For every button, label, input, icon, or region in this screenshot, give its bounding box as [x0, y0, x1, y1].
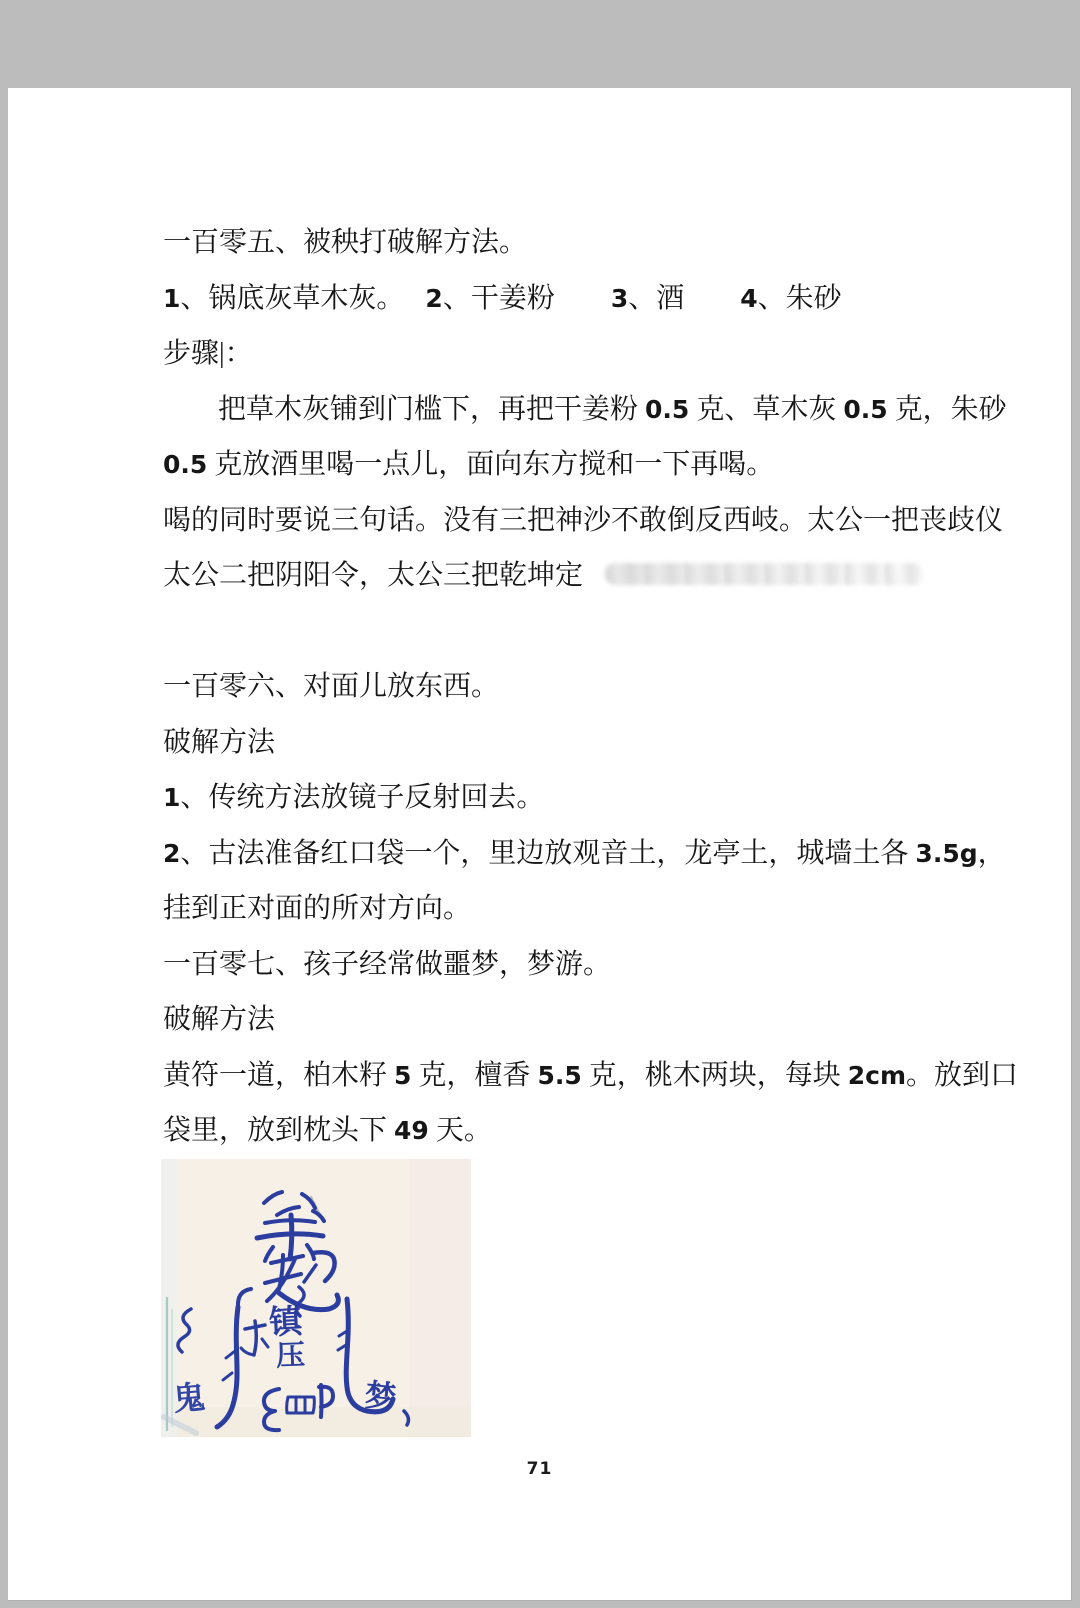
method-106-item1-text: 、传统方法放镜子反射回去。	[180, 782, 544, 813]
method-106-item2-line1-text: 2	[163, 839, 180, 868]
method-106-item2-line2: 挂到正对面的所对方向。	[163, 881, 1071, 937]
talisman-char-zhen: 镇	[268, 1301, 305, 1342]
erased-text-smudge	[605, 563, 923, 585]
page-number: 71	[8, 1459, 1071, 1479]
method-107-line2-text: 天。	[429, 1115, 492, 1146]
method-107-line2-text: 49	[394, 1116, 429, 1145]
steps-label: 步骤|：	[163, 326, 1071, 382]
method-106-item1: 1、传统方法放镜子反射回去。	[163, 770, 1071, 826]
method-106-item2-line1: 2、古法准备红口袋一个，里边放观音土，龙亭土，城墙土各 3.5g，	[163, 826, 1071, 882]
method-107-line1-text: 克，檀香	[411, 1060, 537, 1091]
materials-list-105-text: 1	[163, 284, 180, 313]
steps-para-line1-text: 克、草木灰	[689, 394, 843, 425]
heading-item-107: 一百零七、孩子经常做噩梦，梦游。	[163, 937, 1071, 993]
section-gap	[163, 604, 1071, 660]
steps-para-line1-text: 0.5	[645, 395, 689, 424]
talisman-char-ya: 压	[275, 1337, 305, 1372]
method-107-line2: 袋里，放到枕头下 49 天。	[163, 1103, 1071, 1159]
document-content: 一百零五、被秧打破解方法。1、锅底灰草木灰。 2、干姜粉 3、酒 4、朱砂步骤|…	[8, 88, 1071, 1159]
method-107-line1-text: 5	[394, 1061, 411, 1090]
method-107-line1-text: 克，桃木两块，每块	[582, 1060, 848, 1091]
talisman-char-meng: 梦	[363, 1377, 398, 1416]
materials-list-105-text: 、锅底灰草木灰。	[180, 283, 425, 314]
method-107-line1-text: 。放到口	[906, 1060, 1018, 1091]
method-107-line2-text: 袋里，放到枕头下	[163, 1115, 394, 1146]
heading-item-107-text: 一百零七、孩子经常做噩梦，梦游。	[163, 949, 611, 980]
steps-para-line4: 太公二把阴阳令，太公三把乾坤定	[163, 548, 1071, 604]
steps-para-line2-text: 0.5	[163, 450, 207, 479]
materials-list-105-text: 4	[740, 284, 757, 313]
method-label-107: 破解方法	[163, 992, 1071, 1048]
heading-item-105-text: 一百零五、被秧打破解方法。	[163, 227, 527, 258]
steps-para-line2-text: 克放酒里喝一点儿，面向东方搅和一下再喝。	[207, 449, 774, 480]
talisman-image: 镇 压 鬼 梦	[161, 1159, 471, 1437]
method-label-107-text: 破解方法	[163, 1004, 275, 1035]
method-106-item1-text: 1	[163, 783, 180, 812]
document-page: 一百零五、被秧打破解方法。1、锅底灰草木灰。 2、干姜粉 3、酒 4、朱砂步骤|…	[8, 88, 1072, 1601]
materials-list-105-text: 、朱砂	[758, 283, 842, 314]
steps-para-line1-text: 0.5	[843, 395, 887, 424]
steps-para-line2: 0.5 克放酒里喝一点儿，面向东方搅和一下再喝。	[163, 437, 1071, 493]
steps-para-line1-text: 克，朱砂	[888, 394, 1007, 425]
method-107-line1-text: 5.5	[537, 1061, 581, 1090]
method-106-item2-line1-text: ，	[978, 838, 1006, 869]
heading-item-106-text: 一百零六、对面儿放东西。	[163, 671, 499, 702]
method-106-item2-line1-text: 3.5g	[915, 839, 977, 868]
steps-para-line1-text: 把草木灰铺到门槛下，再把干姜粉	[218, 394, 645, 425]
materials-list-105-text: 、酒	[628, 283, 740, 314]
steps-para-line4-text: 太公二把阴阳令，太公三把乾坤定	[163, 560, 583, 591]
materials-list-105-text: 2	[425, 284, 442, 313]
steps-para-line3: 喝的同时要说三句话。没有三把神沙不敢倒反西岐。太公一把丧歧仪	[163, 493, 1071, 549]
materials-list-105-text: 、干姜粉	[443, 283, 611, 314]
heading-item-105: 一百零五、被秧打破解方法。	[163, 215, 1071, 271]
method-107-line1-text: 2cm	[848, 1061, 906, 1090]
materials-list-105-text: 3	[611, 284, 628, 313]
talisman-char-gui: 鬼	[171, 1377, 206, 1418]
method-106-item2-line2-text: 挂到正对面的所对方向。	[163, 893, 471, 924]
steps-para-line1: 把草木灰铺到门槛下，再把干姜粉 0.5 克、草木灰 0.5 克，朱砂	[163, 382, 1071, 438]
method-label-106-text: 破解方法	[163, 727, 275, 758]
method-107-line1: 黄符一道，柏木籽 5 克，檀香 5.5 克，桃木两块，每块 2cm。放到口	[163, 1048, 1071, 1104]
talisman-svg: 镇 压 鬼 梦	[161, 1159, 471, 1437]
steps-label-text: 步骤|：	[163, 338, 253, 369]
heading-item-106: 一百零六、对面儿放东西。	[163, 659, 1071, 715]
materials-list-105: 1、锅底灰草木灰。 2、干姜粉 3、酒 4、朱砂	[163, 271, 1071, 327]
method-107-line1-text: 黄符一道，柏木籽	[163, 1060, 394, 1091]
method-106-item2-line1-text: 、古法准备红口袋一个，里边放观音土，龙亭土，城墙土各	[180, 838, 915, 869]
method-label-106: 破解方法	[163, 715, 1071, 771]
steps-para-line3-text: 喝的同时要说三句话。没有三把神沙不敢倒反西岐。太公一把丧歧仪	[163, 505, 1003, 536]
